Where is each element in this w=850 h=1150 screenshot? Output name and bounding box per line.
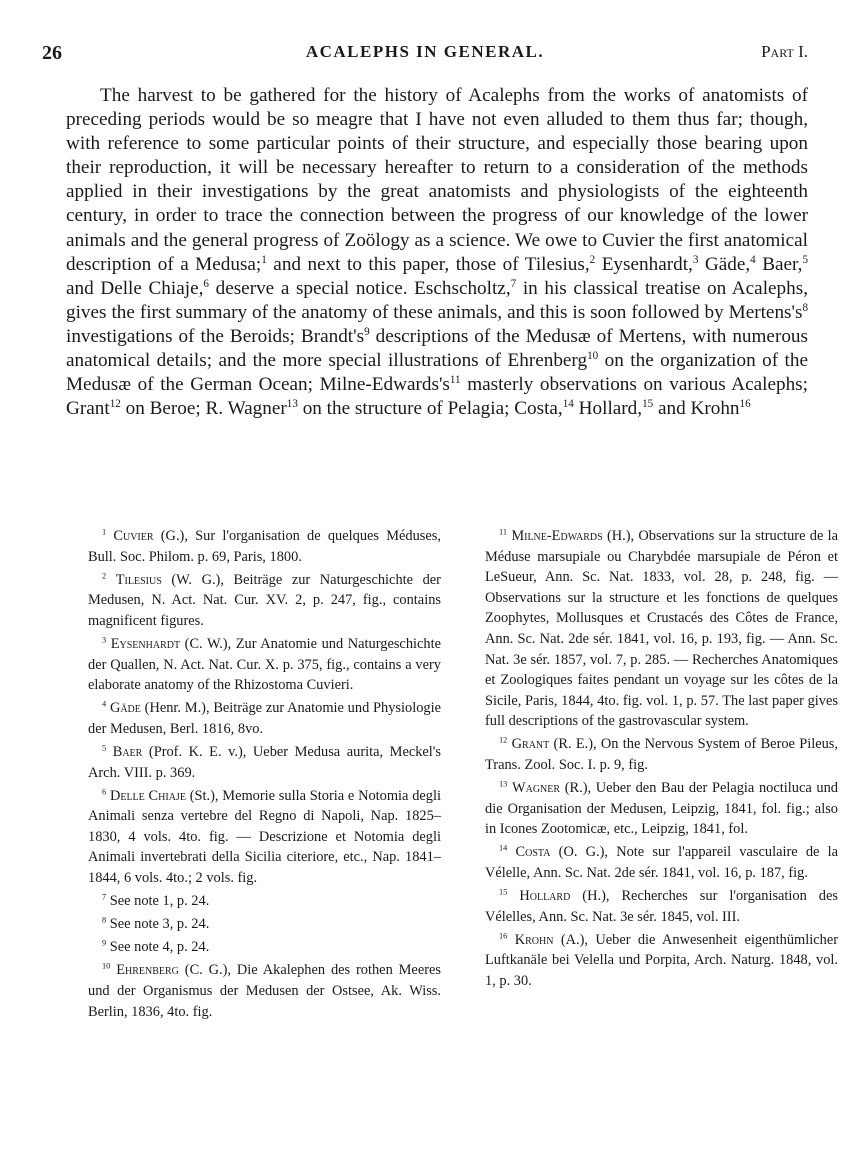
footnotes-left-column: 1 Cuvier (G.), Sur l'organisation de que… <box>88 526 441 1025</box>
footnote-reference: 13 <box>287 398 298 410</box>
footnote-number: 15 <box>499 888 507 897</box>
footnote-10: 10 Ehrenberg (C. G.), Die Akalephen des … <box>88 960 441 1022</box>
footnote-author: Hollard <box>519 888 570 904</box>
footnote-8: 8 See note 3, p. 24. <box>88 914 441 935</box>
footnote-number: 11 <box>499 528 507 537</box>
footnote-number: 8 <box>102 916 106 925</box>
footnote-13: 13 Wagner (R.), Ueber den Bau der Pelagi… <box>485 778 838 840</box>
footnote-author: Costa <box>516 844 551 860</box>
footnote-number: 12 <box>499 736 507 745</box>
footnote-author: Eysenhardt <box>111 636 180 652</box>
footnote-reference: 5 <box>802 253 808 265</box>
footnote-reference: 12 <box>110 398 121 410</box>
paragraph-text: and next to this paper, those of Tilesiu… <box>267 254 590 275</box>
footnote-15: 15 Hollard (H.), Recherches sur l'organi… <box>485 886 838 927</box>
footnote-6: 6 Delle Chiaje (St.), Memorie sulla Stor… <box>88 786 441 889</box>
part-label: Part I. <box>761 42 808 62</box>
footnote-author: Delle Chiaje <box>110 788 186 804</box>
footnote-author: Krohn <box>515 932 554 948</box>
footnote-author: Grant <box>512 736 550 752</box>
footnote-4: 4 Gäde (Henr. M.), Beiträge zur Anatomie… <box>88 698 441 739</box>
footnote-author: Cuvier <box>113 528 153 544</box>
footnote-reference: 14 <box>563 398 574 410</box>
footnote-reference: 15 <box>642 398 653 410</box>
paragraph-text: Eysenhardt, <box>595 254 693 275</box>
footnote-text: See note 4, p. 24. <box>110 939 210 955</box>
footnote-number: 3 <box>102 636 106 645</box>
footnote-number: 1 <box>102 528 106 537</box>
footnote-author: Tilesius <box>116 572 162 588</box>
footnotes: 1 Cuvier (G.), Sur l'organisation de que… <box>88 526 838 1025</box>
footnote-number: 10 <box>102 962 110 971</box>
paragraph-text: and Krohn <box>653 398 739 419</box>
footnote-author: Ehrenberg <box>116 962 179 978</box>
footnote-author: Gäde <box>110 700 141 716</box>
footnote-5: 5 Baer (Prof. K. E. v.), Ueber Medusa au… <box>88 742 441 783</box>
paragraph-text: investigations of the Beroids; Brandt's <box>66 326 364 347</box>
footnote-author: Milne-Edwards <box>511 528 602 544</box>
main-paragraph: The harvest to be gathered for the histo… <box>66 84 808 421</box>
footnote-number: 14 <box>499 844 507 853</box>
footnote-number: 2 <box>102 571 106 580</box>
footnotes-right-column: 11 Milne-Edwards (H.), Observations sur … <box>485 526 838 1025</box>
footnote-text: (H.), Observations sur la structure de l… <box>485 528 838 729</box>
footnote-1: 1 Cuvier (G.), Sur l'organisation de que… <box>88 526 441 567</box>
footnote-9: 9 See note 4, p. 24. <box>88 937 441 958</box>
footnote-text: See note 1, p. 24. <box>110 893 210 909</box>
footnote-text: See note 3, p. 24. <box>110 916 210 932</box>
footnote-16: 16 Krohn (A.), Ueber die Anwesenheit eig… <box>485 930 838 992</box>
footnote-reference: 10 <box>587 350 598 362</box>
body-text: The harvest to be gathered for the histo… <box>66 84 808 421</box>
footnote-12: 12 Grant (R. E.), On the Nervous System … <box>485 734 838 775</box>
running-title: ACALEPHS IN GENERAL. <box>42 42 808 62</box>
footnote-number: 4 <box>102 700 106 709</box>
footnote-number: 13 <box>499 780 507 789</box>
paragraph-text: Hollard, <box>574 398 642 419</box>
paragraph-text: Gäde, <box>698 254 750 275</box>
footnote-author: Wagner <box>512 780 560 796</box>
paragraph-text: on Beroe; R. Wagner <box>121 398 287 419</box>
footnote-text: (Henr. M.), Beiträge zur Anatomie und Ph… <box>88 700 441 737</box>
footnote-reference: 8 <box>802 302 808 314</box>
footnote-number: 6 <box>102 787 106 796</box>
footnote-11: 11 Milne-Edwards (H.), Observations sur … <box>485 526 838 732</box>
footnote-reference: 16 <box>740 398 751 410</box>
page-header: 26 ACALEPHS IN GENERAL. Part I. <box>42 42 808 66</box>
footnote-author: Baer <box>113 744 143 760</box>
footnote-number: 16 <box>499 931 507 940</box>
footnote-7: 7 See note 1, p. 24. <box>88 891 441 912</box>
paragraph-text: and Delle Chiaje, <box>66 278 203 299</box>
footnote-14: 14 Costa (O. G.), Note sur l'appareil va… <box>485 842 838 883</box>
paragraph-text: Baer, <box>756 254 803 275</box>
footnote-3: 3 Eysenhardt (C. W.), Zur Anatomie und N… <box>88 634 441 696</box>
footnote-2: 2 Tilesius (W. G.), Beiträge zur Naturge… <box>88 570 441 632</box>
footnote-number: 7 <box>102 893 106 902</box>
paragraph-text: deserve a special notice. Eschscholtz, <box>209 278 511 299</box>
footnote-number: 9 <box>102 939 106 948</box>
paragraph-text: The harvest to be gathered for the histo… <box>66 85 808 275</box>
footnote-reference: 11 <box>450 374 461 386</box>
footnote-number: 5 <box>102 744 106 753</box>
paragraph-text: on the structure of Pelagia; Costa, <box>298 398 563 419</box>
